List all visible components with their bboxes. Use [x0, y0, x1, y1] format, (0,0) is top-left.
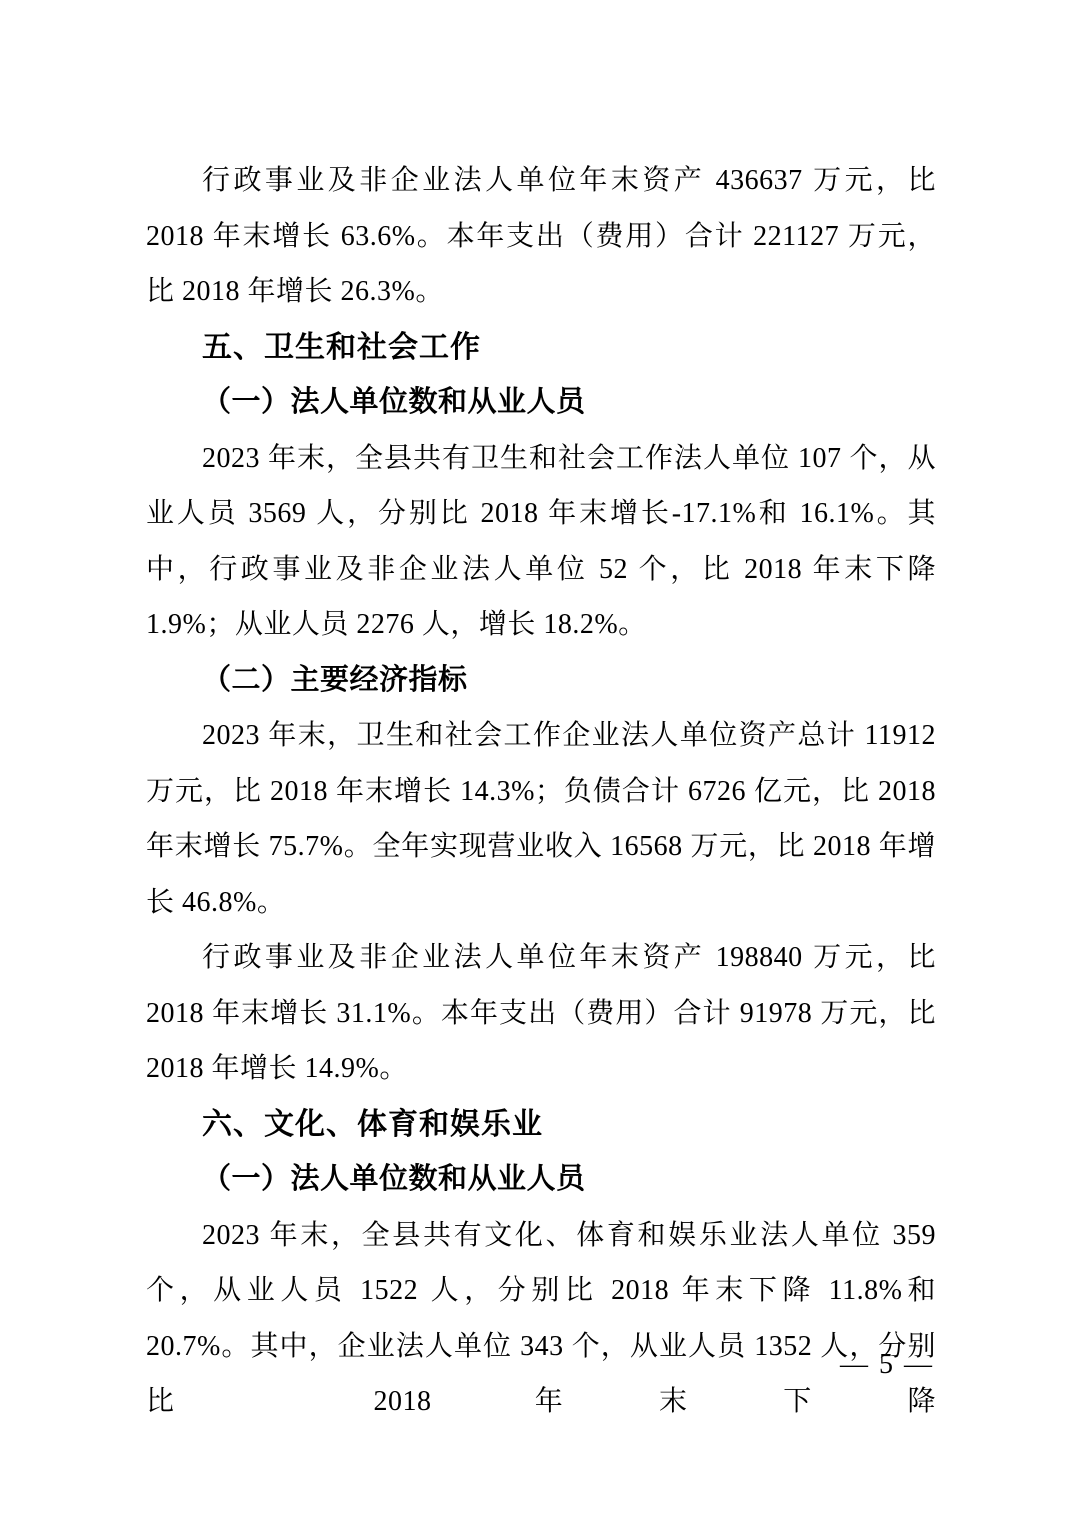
paragraph-5-2-enterprise-indicators: 2023 年末，卫生和社会工作企业法人单位资产总计 11912 万元，比 201…: [146, 708, 936, 930]
subheading-5-1-legal-units-employees: （一）法人单位数和从业人员: [146, 375, 936, 431]
page-content: 行政事业及非企业法人单位年末资产 436637 万元，比 2018 年末增长 6…: [146, 153, 936, 1430]
paragraph-6-1-legal-units-employees: 2023 年末，全县共有文化、体育和娱乐业法人单位 359 个，从业人员 152…: [146, 1208, 936, 1430]
paragraph-5-1-legal-units-employees: 2023 年末，全县共有卫生和社会工作法人单位 107 个，从业人员 3569 …: [146, 431, 936, 653]
document-page: 行政事业及非企业法人单位年末资产 436637 万元，比 2018 年末增长 6…: [0, 0, 1074, 1520]
subheading-5-2-main-economic-indicators: （二）主要经济指标: [146, 653, 936, 709]
section-heading-health-social-work: 五、卫生和社会工作: [146, 320, 936, 376]
paragraph-5-2-admin-nonenterprise-assets: 行政事业及非企业法人单位年末资产 198840 万元，比 2018 年末增长 3…: [146, 930, 936, 1097]
subheading-6-1-legal-units-employees: （一）法人单位数和从业人员: [146, 1152, 936, 1208]
page-number: — 5 —: [840, 1349, 934, 1380]
page-footer: — 5 —: [840, 1348, 934, 1382]
section-heading-culture-sports-entertainment: 六、文化、体育和娱乐业: [146, 1097, 936, 1153]
paragraph-admin-nonenterprise-assets: 行政事业及非企业法人单位年末资产 436637 万元，比 2018 年末增长 6…: [146, 153, 936, 320]
